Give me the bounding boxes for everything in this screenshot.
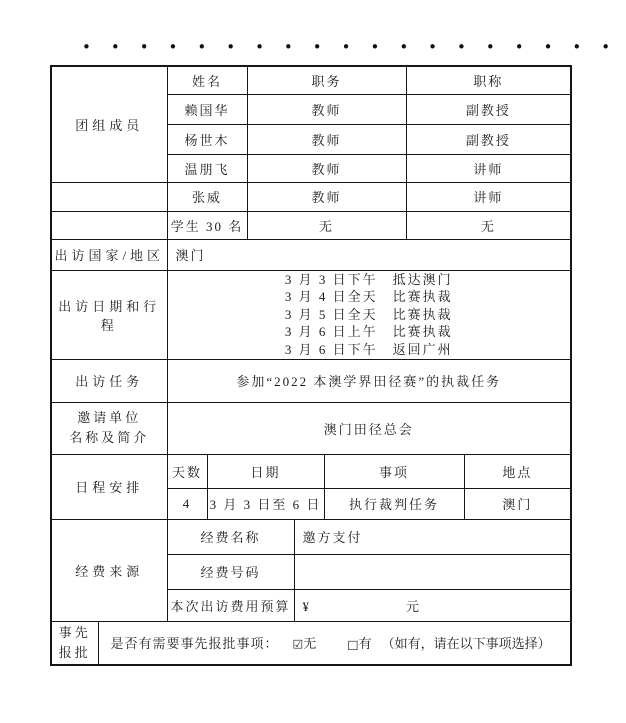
members-section-label: 团组成员 [51,66,167,182]
schedule-header-place: 地点 [464,454,571,488]
members-section-empty-cell [51,182,167,211]
checkbox-checked-icon[interactable]: ☑ [293,638,304,652]
approval-section-label: 事先报批 [51,621,98,665]
approval-question: 是否有需要事先报批事项： [111,636,279,651]
funding-code-value [294,554,571,589]
schedule-header-matter: 事项 [324,454,464,488]
destination-label: 出访国家/地区 [51,239,167,270]
funding-name-label: 经费名称 [167,519,294,554]
funding-section-label: 经费来源 [51,519,167,621]
itinerary-line: 3 月 5 日全天 比赛执裁 [168,306,571,324]
inviter-value: 澳门田径总会 [167,402,571,454]
approval-option-has: 有 [359,636,373,651]
dotted-separator-line: ••••••••••••••••••• [82,40,626,55]
member-title: 副教授 [406,94,571,124]
checkbox-unchecked-icon[interactable]: □ [347,638,358,652]
itinerary-label: 出访日期和行程 [51,270,167,359]
approval-question-cell: 是否有需要事先报批事项：☑无□有（如有，请在以下事项选择） [98,621,571,665]
schedule-days: 4 [167,488,207,519]
member-position: 教师 [247,124,406,154]
member-position: 教师 [247,154,406,182]
member-name: 张威 [167,182,247,211]
member-position: 教师 [247,94,406,124]
funding-budget-value: ¥元 [294,589,571,621]
schedule-header-days: 天数 [167,454,207,488]
mission-label: 出访任务 [51,359,167,402]
approval-label-line2: 报批 [52,643,98,663]
member-name: 赖国华 [167,94,247,124]
member-title: 副教授 [406,124,571,154]
funding-budget-label: 本次出访费用预算 [167,589,294,621]
visit-approval-form-table: 团组成员 姓名 职务 职称 赖国华 教师 副教授 杨世木 教师 副教授 温朋飞 … [50,65,572,666]
mission-value: 参加“2022 本澳学界田径赛”的执裁任务 [167,359,571,402]
members-header-title: 职称 [406,66,571,94]
itinerary-line: 3 月 4 日全天 比赛执裁 [168,288,571,306]
schedule-matter: 执行裁判任务 [324,488,464,519]
member-row: 学生 30 名 无 无 [51,211,571,239]
member-row: 张威 教师 讲师 [51,182,571,211]
destination-value: 澳门 [167,239,571,270]
funding-name-value: 邀方支付 [294,519,571,554]
member-name: 杨世木 [167,124,247,154]
schedule-place: 澳门 [464,488,571,519]
inviter-label-line2: 名称及简介 [52,428,167,448]
approval-note: （如有，请在以下事项选择） [382,636,551,651]
schedule-header-date: 日期 [207,454,324,488]
itinerary-value: 3 月 3 日下午 抵达澳门3 月 4 日全天 比赛执裁3 月 5 日全天 比赛… [167,270,571,359]
member-name: 学生 30 名 [167,211,247,239]
member-title: 讲师 [406,154,571,182]
itinerary-line: 3 月 6 日上午 比赛执裁 [168,323,571,341]
member-position: 教师 [247,182,406,211]
funding-code-label: 经费号码 [167,554,294,589]
inviter-label-line1: 邀请单位 [52,408,167,428]
currency-symbol: ¥ [303,599,312,614]
inviter-label: 邀请单位名称及简介 [51,402,167,454]
schedule-section-label: 日程安排 [51,454,167,519]
member-title: 无 [406,211,571,239]
approval-option-none: 无 [303,636,317,651]
member-position: 无 [247,211,406,239]
approval-label-line1: 事先 [52,623,98,643]
members-section-empty-cell [51,211,167,239]
member-name: 温朋飞 [167,154,247,182]
member-title: 讲师 [406,182,571,211]
members-header-position: 职务 [247,66,406,94]
currency-unit: 元 [406,599,421,614]
itinerary-line: 3 月 3 日下午 抵达澳门 [168,271,571,289]
members-header-name: 姓名 [167,66,247,94]
itinerary-line: 3 月 6 日下午 返回广州 [168,341,571,359]
schedule-date: 3 月 3 日至 6 日 [207,488,324,519]
